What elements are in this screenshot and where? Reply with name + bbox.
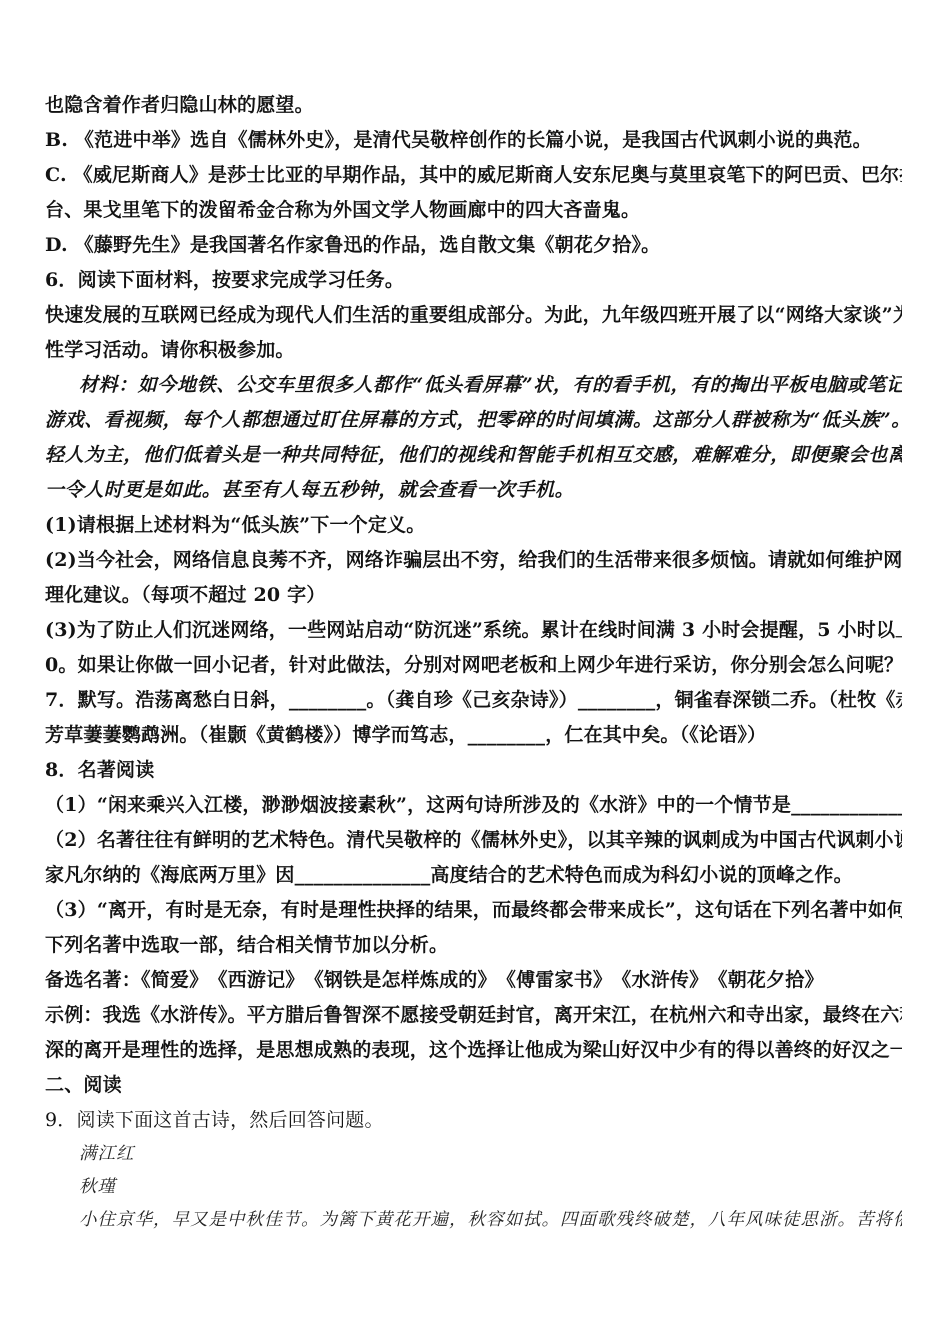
question-8-sub3-line1: （3）“离开，有时是无奈，有时是理性抉择的结果，而最终都会带来成长”，这句话在下… — [45, 893, 902, 928]
question-6-sub2-line1: (2)当今社会，网络信息良莠不齐，网络诈骗层出不穷，给我们的生活带来很多烦恼。请… — [45, 543, 902, 578]
question-8-sub2-line1: （2）名著往往有鲜明的艺术特色。清代吴敬梓的《儒林外史》，以其辛辣的讽刺成为中国… — [45, 823, 902, 858]
question-6-sub1: (1)请根据上述材料为“低头族”下一个定义。 — [45, 508, 902, 543]
question-6-intro-line2: 性学习活动。请你积极参加。 — [45, 333, 902, 368]
exam-page: 也隐含着作者归隐山林的愿望。 B. 《范进中举》选自《儒林外史》，是清代吴敬梓创… — [0, 0, 950, 1344]
option-d: D. 《藤野先生》是我国著名作家鲁迅的作品，选自散文集《朝花夕拾》。 — [45, 228, 902, 263]
question-6-sub2-line2: 理化建议。（每项不超过 20 字） — [45, 578, 902, 613]
material-paragraph-line3: 轻人为主，他们低着头是一种共同特征，他们的视线和智能手机相互交感，难解难分，即便… — [45, 438, 902, 473]
material-paragraph-line2: 游戏、看视频，每个人都想通过盯住屏幕的方式，把零碎的时间填满。这部分人群被称为“… — [45, 403, 902, 438]
poem-line1: 小住京华，早又是中秋佳节。为篱下黄花开遍，秋容如拭。四面歌残终破楚，八年风味徒思… — [45, 1204, 902, 1237]
option-c-line2: 台、果戈里笔下的泼留希金合称为外国文学人物画廊中的四大吝啬鬼。 — [45, 193, 902, 228]
poem-title: 满江红 — [45, 1138, 902, 1171]
question-8-candidate-books: 备选名著：《简爱》 《西游记》 《钢铁是怎样炼成的》 《傅雷家书》 《水浒传》 … — [45, 963, 902, 998]
question-8-example-line1: 示例：我选《水浒传》。平方腊后鲁智深不愿接受朝廷封官，离开宋江，在杭州六和寺出家… — [45, 998, 902, 1033]
question-7-dictation-line2: 芳草萋萋鹦鹉洲。（崔颢《黄鹤楼》）博学而笃志，________，仁在其中矣。（《… — [45, 718, 902, 753]
question-8-example-line2: 深的离开是理性的选择，是思想成熟的表现，这个选择让他成为梁山好汉中少有的得以善终… — [45, 1033, 902, 1068]
question-8-sub1: （1）“闲来乘兴入江楼，渺渺烟波接素秋”，这两句诗所涉及的《水浒》中的一个情节是… — [45, 788, 902, 823]
question-6-sub3-line2: 0。如果让你做一回小记者，针对此做法，分别对网吧老板和上网少年进行采访，你分别会… — [45, 648, 902, 683]
question-6-sub3-line1: (3)为了防止人们沉迷网络，一些网站启动“防沉迷”系统。累计在线时间满 3 小时… — [45, 613, 902, 648]
material-paragraph-line4: 一令人时更是如此。甚至有人每五秒钟，就会查看一次手机。 — [45, 473, 902, 508]
question-6-intro-line1: 快速发展的互联网已经成为现代人们生活的重要组成部分。为此，九年级四班开展了以“网… — [45, 298, 902, 333]
question-6-heading: 6．阅读下面材料，按要求完成学习任务。 — [45, 263, 902, 298]
question-7-dictation-line1: 7．默写。浩荡离愁白日斜，________。（龚自珍《己亥杂诗》）_______… — [45, 683, 902, 718]
poem-author: 秋瑾 — [45, 1171, 902, 1204]
question-9-heading: 9．阅读下面这首古诗，然后回答问题。 — [45, 1103, 902, 1138]
question-8-heading: 8．名著阅读 — [45, 753, 902, 788]
option-b: B. 《范进中举》选自《儒林外史》，是清代吴敬梓创作的长篇小说，是我国古代讽刺小… — [45, 123, 902, 158]
question-8-sub2-line2: 家凡尔纳的《海底两万里》因______________高度结合的艺术特色而成为科… — [45, 858, 902, 893]
question-8-sub3-line2: 下列名著中选取一部，结合相关情节加以分析。 — [45, 928, 902, 963]
section-2-heading: 二、阅读 — [45, 1068, 902, 1103]
option-c-line1: C. 《威尼斯商人》是莎士比亚的早期作品，其中的威尼斯商人安东尼奥与莫里哀笔下的… — [45, 158, 902, 193]
material-paragraph-line1: 材料：如今地铁、公交车里很多人都作“低头看屏幕”状，有的看手机，有的掏出平板电脑… — [45, 368, 902, 403]
option-a-continuation: 也隐含着作者归隐山林的愿望。 — [45, 88, 902, 123]
